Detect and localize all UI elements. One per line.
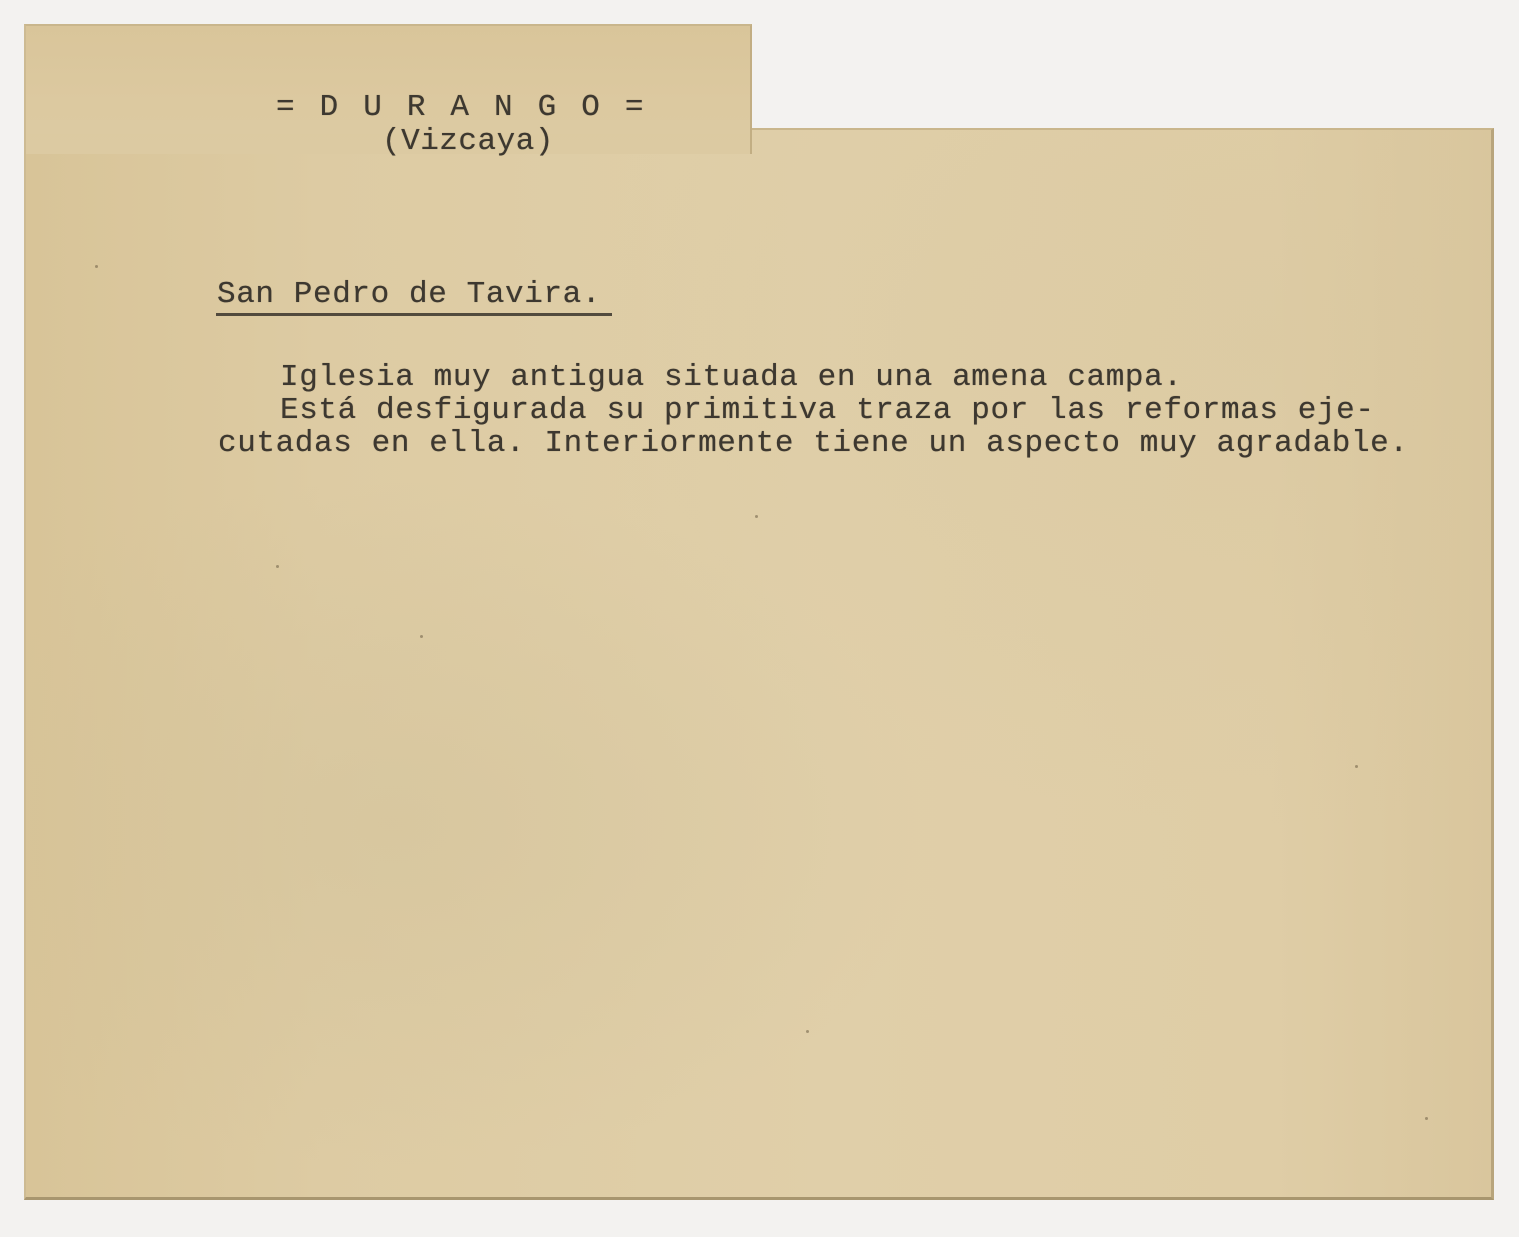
entry-body-line: Está desfigurada su primitiva traza por … [280,393,1375,428]
card-heading-province: (Vizcaya) [382,124,554,159]
paper-fleck [420,635,423,638]
entry-title-underline [216,313,612,316]
paper-fleck [1355,765,1358,768]
index-card: = D U R A N G O = (Vizcaya) San Pedro de… [0,0,1519,1237]
paper-fleck [1425,1117,1428,1120]
entry-body-line: cutadas en ella. Interiormente tiene un … [218,426,1409,461]
paper-fleck [806,1030,809,1033]
paper-fleck [276,565,279,568]
entry-body-line: Iglesia muy antigua situada en una amena… [280,360,1183,395]
paper-fleck [755,515,758,518]
entry-title: San Pedro de Tavira. [217,277,601,312]
paper-fleck [95,265,98,268]
card-heading-city: = D U R A N G O = [276,90,647,125]
